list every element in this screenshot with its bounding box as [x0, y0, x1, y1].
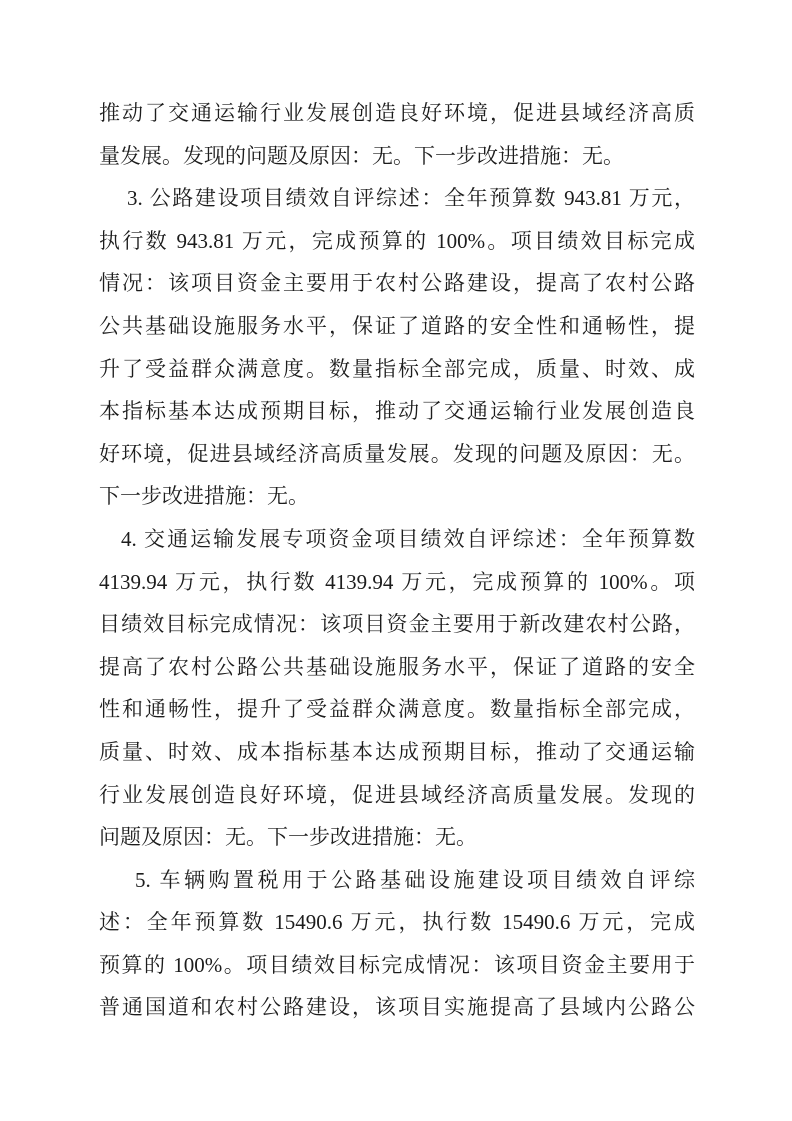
text-line: 问题及原因：无。下一步改进措施：无。: [99, 816, 695, 859]
text-line: 4139.94 万元，执行数 4139.94 万元，完成预算的 100%。项: [99, 561, 695, 604]
paragraph-4-transport-special-fund-project: 4. 交通运输发展专项资金项目绩效自评综述：全年预算数4139.94 万元，执行…: [99, 518, 695, 859]
text-line: 本指标基本达成预期目标，推动了交通运输行业发展创造良: [99, 390, 695, 433]
text-line: 目绩效目标完成情况：该项目资金主要用于新改建农村公路，: [99, 603, 695, 646]
text-line: 情况：该项目资金主要用于农村公路建设，提高了农村公路: [99, 262, 695, 305]
document-body: 推动了交通运输行业发展创造良好环境，促进县域经济高质量发展。发现的问题及原因：无…: [99, 92, 695, 1029]
text-line: 好环境，促进县域经济高质量发展。发现的问题及原因：无。: [99, 433, 695, 476]
text-line: 公共基础设施服务水平，保证了道路的安全性和通畅性，提: [99, 305, 695, 348]
text-line: 行业发展创造良好环境，促进县域经济高质量发展。发现的: [99, 774, 695, 817]
document-page: 推动了交通运输行业发展创造良好环境，促进县域经济高质量发展。发现的问题及原因：无…: [0, 0, 792, 1121]
text-line: 推动了交通运输行业发展创造良好环境，促进县域经济高质: [99, 92, 695, 135]
text-line: 述：全年预算数 15490.6 万元，执行数 15490.6 万元，完成: [99, 901, 695, 944]
paragraph-2-continuation: 推动了交通运输行业发展创造良好环境，促进县域经济高质量发展。发现的问题及原因：无…: [99, 92, 695, 177]
text-line: 下一步改进措施：无。: [99, 475, 695, 518]
text-line: 质量、时效、成本指标基本达成预期目标，推动了交通运输: [99, 731, 695, 774]
text-line: 性和通畅性，提升了受益群众满意度。数量指标全部完成，: [99, 688, 695, 731]
paragraph-3-highway-construction-project: 3. 公路建设项目绩效自评综述：全年预算数 943.81 万元，执行数 943.…: [99, 177, 695, 518]
text-line: 5. 车辆购置税用于公路基础设施建设项目绩效自评综: [99, 859, 695, 902]
text-line: 3. 公路建设项目绩效自评综述：全年预算数 943.81 万元，: [99, 177, 695, 220]
text-line: 升了受益群众满意度。数量指标全部完成，质量、时效、成: [99, 348, 695, 391]
text-line: 4. 交通运输发展专项资金项目绩效自评综述：全年预算数: [99, 518, 695, 561]
text-line: 执行数 943.81 万元，完成预算的 100%。项目绩效目标完成: [99, 220, 695, 263]
text-line: 量发展。发现的问题及原因：无。下一步改进措施：无。: [99, 135, 695, 178]
text-line: 预算的 100%。项目绩效目标完成情况：该项目资金主要用于: [99, 944, 695, 987]
paragraph-5-vehicle-purchase-tax-project: 5. 车辆购置税用于公路基础设施建设项目绩效自评综述：全年预算数 15490.6…: [99, 859, 695, 1029]
text-line: 提高了农村公路公共基础设施服务水平，保证了道路的安全: [99, 646, 695, 689]
text-line: 普通国道和农村公路建设，该项目实施提高了县域内公路公: [99, 986, 695, 1029]
